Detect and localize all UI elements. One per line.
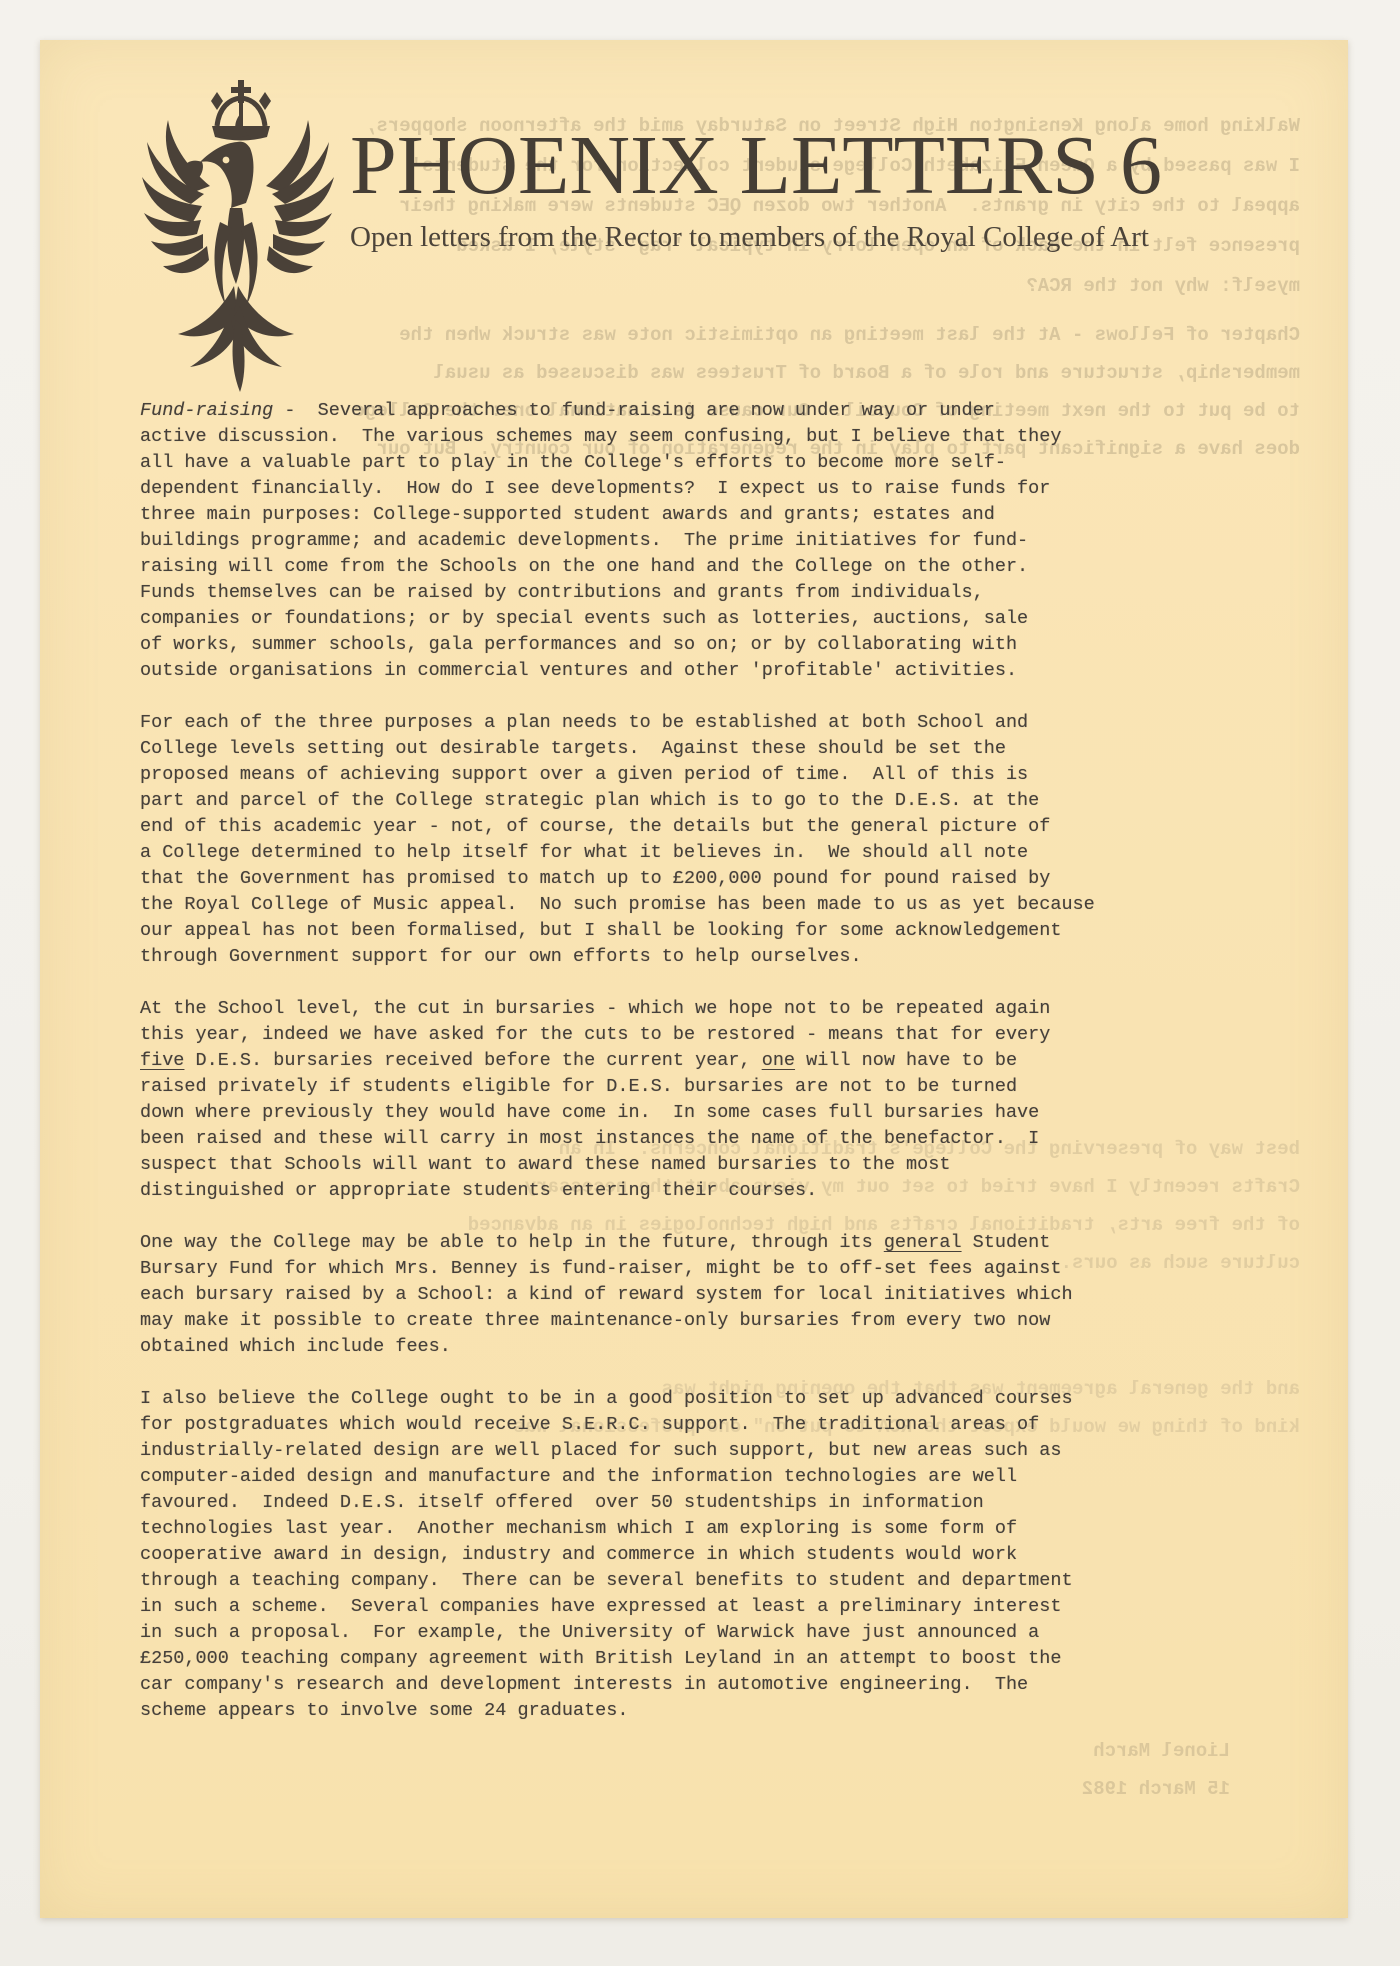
page-title: PHOENIX LETTERS 6 [350, 120, 1162, 212]
letter-body: Fund-raising - Several approaches to fun… [140, 398, 1220, 1750]
phoenix-bird-icon [142, 112, 334, 392]
letter-page: Walking home along Kensington High Stree… [40, 40, 1348, 1918]
rca-phoenix-logo [140, 80, 336, 398]
paragraph: Fund-raising - Several approaches to fun… [140, 398, 1220, 684]
paragraph: I also believe the College ought to be i… [140, 1386, 1220, 1724]
page-subtitle: Open letters from the Rector to members … [350, 220, 1162, 254]
paragraph: One way the College may be able to help … [140, 1230, 1220, 1360]
paragraph: For each of the three purposes a plan ne… [140, 710, 1220, 970]
showthrough-line: 15 March 1982 [930, 1770, 1230, 1808]
paragraph: At the School level, the cut in bursarie… [140, 996, 1220, 1204]
scanned-letter-background: { "page": { "background_color": "#f2f0ea… [0, 0, 1400, 1966]
